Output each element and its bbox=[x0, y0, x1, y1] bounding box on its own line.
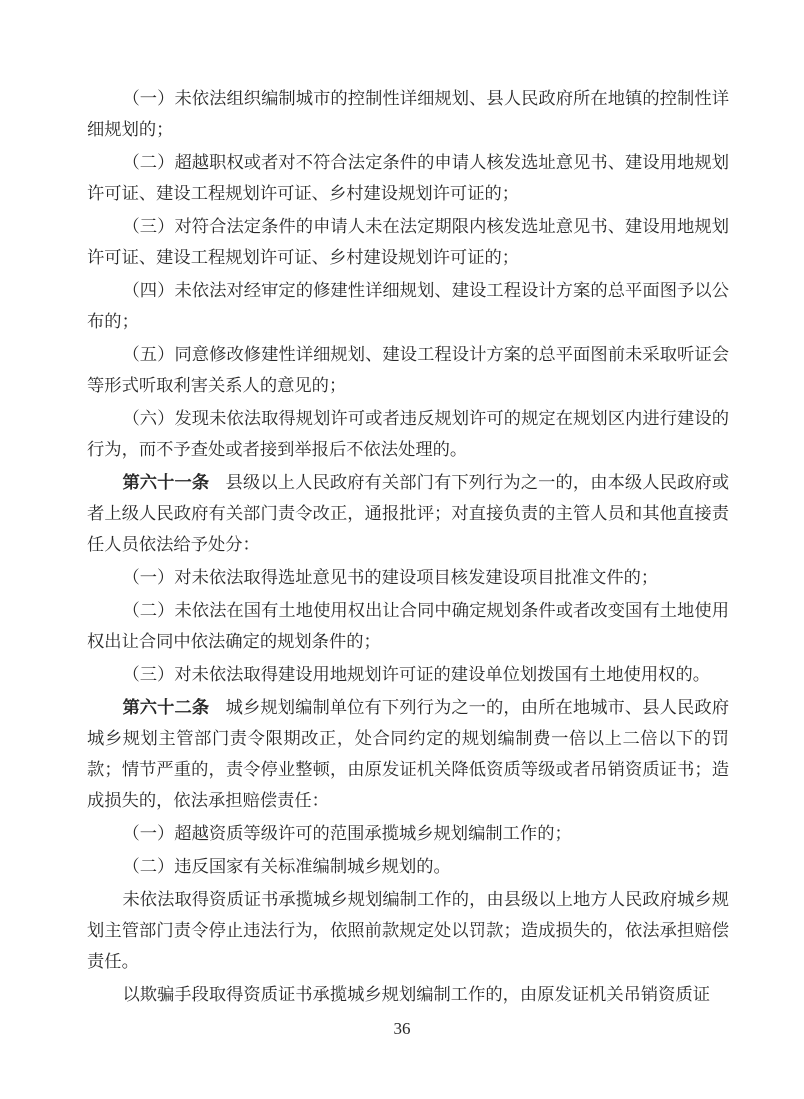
article-61-number: 第六十一条 bbox=[122, 473, 209, 492]
article-62-number: 第六十二条 bbox=[122, 698, 209, 717]
article-62-item-1: （一）超越资质等级许可的范围承揽城乡规划编制工作的； bbox=[87, 818, 729, 849]
article-61-paragraph: 第六十一条县级以上人民政府有关部门有下列行为之一的，由本级人民政府或者上级人民政… bbox=[87, 467, 729, 560]
document-page: （一）未依法组织编制城市的控制性详细规划、县人民政府所在地镇的控制性详细规划的；… bbox=[0, 0, 804, 1099]
clause-item-2: （二）超越职权或者对不符合法定条件的申请人核发选址意见书、建设用地规划许可证、建… bbox=[87, 147, 729, 209]
body-text: （一）未依法组织编制城市的控制性详细规划、县人民政府所在地镇的控制性详细规划的；… bbox=[87, 83, 729, 1012]
page-number: 36 bbox=[0, 1018, 804, 1040]
clause-item-6: （六）发现未依法取得规划许可或者违反规划许可的规定在规划区内进行建设的行为，而不… bbox=[87, 403, 729, 465]
clause-item-1: （一）未依法组织编制城市的控制性详细规划、县人民政府所在地镇的控制性详细规划的； bbox=[87, 83, 729, 145]
article-61-item-3: （三）对未依法取得建设用地规划许可证的建设单位划拨国有土地使用权的。 bbox=[87, 659, 729, 690]
article-62-paragraph: 第六十二条城乡规划编制单位有下列行为之一的，由所在地城市、县人民政府城乡规划主管… bbox=[87, 692, 729, 816]
clause-item-5: （五）同意修改修建性详细规划、建设工程设计方案的总平面图前未采取听证会等形式听取… bbox=[87, 339, 729, 401]
clause-item-4: （四）未依法对经审定的修建性详细规划、建设工程设计方案的总平面图予以公布的； bbox=[87, 275, 729, 337]
clause-item-3: （三）对符合法定条件的申请人未在法定期限内核发选址意见书、建设用地规划许可证、建… bbox=[87, 211, 729, 273]
article-62-item-2: （二）违反国家有关标准编制城乡规划的。 bbox=[87, 851, 729, 882]
paragraph-fraudulent-certificate: 以欺骗手段取得资质证书承揽城乡规划编制工作的，由原发证机关吊销资质证 bbox=[87, 979, 729, 1010]
paragraph-unlicensed-practice: 未依法取得资质证书承揽城乡规划编制工作的，由县级以上地方人民政府城乡规划主管部门… bbox=[87, 884, 729, 977]
article-61-item-2: （二）未依法在国有土地使用权出让合同中确定规划条件或者改变国有土地使用权出让合同… bbox=[87, 595, 729, 657]
article-61-item-1: （一）对未依法取得选址意见书的建设项目核发建设项目批准文件的； bbox=[87, 562, 729, 593]
